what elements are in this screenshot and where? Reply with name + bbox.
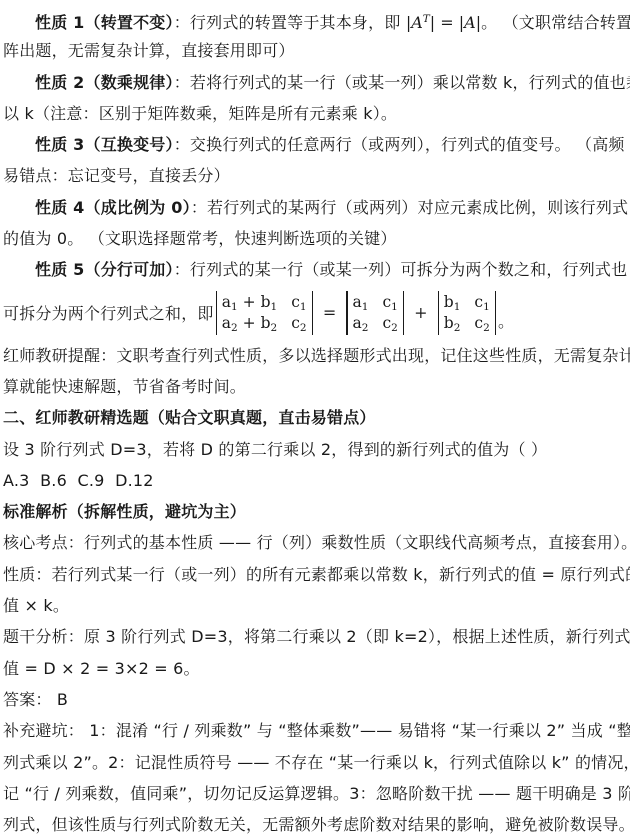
- text-segment: 核心考点：行列式的基本性质 —— 行（列）乘数性质（文职线代高频考点，直接套用）…: [3, 533, 630, 552]
- property-rule-line-2: 值 × k。: [3, 590, 628, 621]
- teacher-reminder-line-2: 算就能快速解题，节省备考时间。: [3, 371, 628, 402]
- stem-analysis-line-1: 题干分析：原 3 阶行列式 D=3，将第二行乘以 2（即 k=2），根据上述性质…: [3, 621, 628, 652]
- text-segment: 性质 1（转置不变）: [35, 13, 174, 32]
- text-segment: 补充避坑： 1：混淆 “行 / 列乘数” 与 “整体乘数”—— 易错将 “某一行…: [3, 721, 630, 740]
- determinant-cell: c2: [474, 313, 489, 334]
- pitfall-line-4: 列式，但该性质与行列式阶数无关，无需额外考虑阶数对结果的影响，避免被阶数误导。: [3, 809, 628, 836]
- text-segment: 红师教研提醒：文职考查行列式性质，多以选择题形式出现，记住这些性质，无需复杂计: [3, 346, 630, 365]
- text-segment: 性质 4（成比例为 0）: [35, 198, 191, 217]
- property-rule-line-1: 性质：若行列式某一行（或一列）的所有元素都乘以常数 k，新行列式的值 = 原行列…: [3, 559, 628, 590]
- property-1-line-1: 性质 1（转置不变）：行列式的转置等于其本身，即 |AT| = |A|。 （文职…: [3, 4, 628, 35]
- text-segment: 记 “行 / 列乘数，值同乘”，切勿记反运算逻辑。3：忽略阶数干扰 —— 题干明…: [3, 784, 630, 803]
- determinant-cell: c2: [291, 313, 306, 334]
- text-segment: 性质 5（分行可加）: [35, 260, 174, 279]
- text-segment: 易错点：忘记变号，直接丢分）: [3, 166, 230, 185]
- determinant-2: a1c1a2c2: [346, 291, 404, 335]
- property-4-line-2: 的值为 0。 （文职选择题常考，快速判断选项的关键）: [3, 223, 628, 254]
- question-stem: 设 3 阶行列式 D=3，若将 D 的第二行乘以 2，得到的新行列式的值为（ ）: [3, 434, 628, 465]
- text-segment: 性质：若行列式某一行（或一列）的所有元素都乘以常数 k，新行列式的值 = 原行列…: [3, 565, 630, 584]
- text-segment: 二、红师教研精选题（贴合文职真题，直击易错点）: [3, 408, 376, 427]
- property-3-line-1: 性质 3（互换变号）：交换行列式的任意两行（或两列），行列式的值变号。 （高频: [3, 129, 628, 160]
- determinant-grid: a1 + b1c1a2 + b2c2: [217, 291, 312, 335]
- property-2-line-2: 以 k（注意：区别于矩阵数乘，矩阵是所有元素乘 k）。: [3, 98, 628, 129]
- teacher-reminder-line-1: 红师教研提醒：文职考查行列式性质，多以选择题形式出现，记住这些性质，无需复杂计: [3, 340, 628, 371]
- property-1-line-2: 阵出题，无需复杂计算，直接套用即可）: [3, 35, 628, 66]
- determinant-3: b1c1b2c2: [438, 291, 496, 335]
- text-segment: 标准解析（拆解性质，避坑为主）: [3, 502, 246, 521]
- property-5-line-1: 性质 5（分行可加）：行列式的某一行（或某一列）可拆分为两个数之和，行列式也: [3, 254, 628, 285]
- text-segment: 设 3 阶行列式 D=3，若将 D 的第二行乘以 2，得到的新行列式的值为（ ）: [3, 440, 547, 459]
- determinant-cell: c2: [382, 313, 397, 334]
- equals-operator: =: [315, 303, 345, 322]
- text-segment: 值 = D × 2 = 3×2 = 6。: [3, 659, 200, 678]
- text-segment: ：行列式的转置等于其本身，即: [174, 13, 406, 32]
- property-3-line-2: 易错点：忘记变号，直接丢分）: [3, 160, 628, 191]
- determinant-grid: b1c1b2c2: [439, 291, 495, 335]
- analysis-heading: 标准解析（拆解性质，避坑为主）: [3, 496, 628, 527]
- text-segment: A: [464, 13, 476, 32]
- determinant-cell: b2: [444, 313, 461, 334]
- pitfall-line-3: 记 “行 / 列乘数，值同乘”，切勿记反运算逻辑。3：忽略阶数干扰 —— 题干明…: [3, 778, 628, 809]
- determinant-cell: a1 + b1: [222, 292, 277, 313]
- formula-prefix: 可拆分为两个行列式之和，即: [3, 301, 214, 324]
- determinant-bar: [312, 291, 313, 335]
- determinant-cell: c1: [291, 292, 306, 313]
- text-segment: 题干分析：原 3 阶行列式 D=3，将第二行乘以 2（即 k=2），根据上述性质…: [3, 627, 630, 646]
- text-segment: 阵出题，无需复杂计算，直接套用即可）: [3, 41, 295, 60]
- key-point-line: 核心考点：行列式的基本性质 —— 行（列）乘数性质（文职线代高频考点，直接套用）…: [3, 527, 628, 558]
- section-2-heading: 二、红师教研精选题（贴合文职真题，直击易错点）: [3, 402, 628, 433]
- document-page: 性质 1（转置不变）：行列式的转置等于其本身，即 |AT| = |A|。 （文职…: [0, 0, 630, 836]
- answer-line: 答案： B: [3, 684, 628, 715]
- property-2-line-1: 性质 2（数乘规律）：若将行列式的某一行（或某一列）乘以常数 k，行列式的值也乘: [3, 67, 628, 98]
- text-segment: 的值为 0。 （文职选择题常考，快速判断选项的关键）: [3, 229, 397, 248]
- determinant-cell: c1: [382, 292, 397, 313]
- text-segment: A: [411, 13, 423, 32]
- pitfall-line-2: 列式乘以 2”。2：记混性质符号 —— 不存在 “某一行乘以 k，行列式值除以 …: [3, 747, 628, 778]
- text-segment: 列式，但该性质与行列式阶数无关，无需额外考虑阶数对结果的影响，避免被阶数误导。: [3, 815, 630, 834]
- text-segment: 以 k（注意：区别于矩阵数乘，矩阵是所有元素乘 k）。: [3, 104, 397, 123]
- determinant-cell: a2: [353, 313, 369, 334]
- text-segment: 性质 2（数乘规律）: [35, 73, 174, 92]
- answer-options: A.3 B.6 C.9 D.12: [3, 465, 628, 496]
- stem-analysis-line-2: 值 = D × 2 = 3×2 = 6。: [3, 653, 628, 684]
- determinant-bar: [495, 291, 496, 335]
- determinant-cell: b1: [444, 292, 461, 313]
- property-4-line-1: 性质 4（成比例为 0）：若行列式的某两行（或两列）对应元素成比例，则该行列式: [3, 192, 628, 223]
- determinant-cell: a2 + b2: [222, 313, 277, 334]
- determinant-grid: a1c1a2c2: [348, 291, 403, 335]
- pitfall-line-1: 补充避坑： 1：混淆 “行 / 列乘数” 与 “整体乘数”—— 易错将 “某一行…: [3, 715, 628, 746]
- text-segment: 。 （文职常结合转置矩: [481, 13, 630, 32]
- determinant-cell: c1: [474, 292, 489, 313]
- text-segment: 值 × k。: [3, 596, 69, 615]
- text-segment: 答案： B: [3, 690, 68, 709]
- determinant-cell: a1: [353, 292, 369, 313]
- determinant-bar: [403, 291, 404, 335]
- property-5-formula-line: 可拆分为两个行列式之和，即a1 + b1c1a2 + b2c2 = a1c1a2…: [3, 286, 628, 340]
- text-segment: 列式乘以 2”。2：记混性质符号 —— 不存在 “某一行乘以 k，行列式值除以 …: [3, 753, 630, 772]
- text-segment: ：交换行列式的任意两行（或两列），行列式的值变号。 （高频: [174, 135, 625, 154]
- text-segment: ：若将行列式的某一行（或某一列）乘以常数 k，行列式的值也乘: [174, 73, 630, 92]
- text-segment: 性质 3（互换变号）: [35, 135, 174, 154]
- text-segment: 算就能快速解题，节省备考时间。: [3, 377, 246, 396]
- plus-operator: +: [406, 303, 436, 322]
- formula-suffix: 。: [498, 309, 514, 340]
- text-segment: ：若行列式的某两行（或两列）对应元素成比例，则该行列式: [191, 198, 628, 217]
- text-segment: A.3 B.6 C.9 D.12: [3, 471, 154, 490]
- determinant-1: a1 + b1c1a2 + b2c2: [216, 291, 313, 335]
- text-segment: ：行列式的某一行（或某一列）可拆分为两个数之和，行列式也: [174, 260, 628, 279]
- text-segment: T: [423, 13, 430, 25]
- text-segment: | = |: [430, 13, 464, 32]
